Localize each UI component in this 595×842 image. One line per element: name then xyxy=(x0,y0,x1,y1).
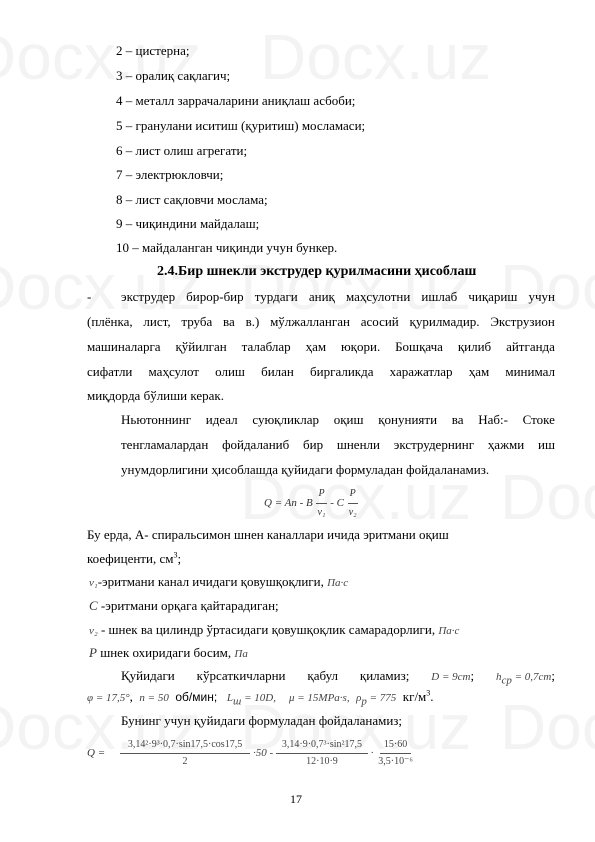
parameters-line: Қуйидаги кўрсаткичларни қабул қиламиз; D… xyxy=(121,668,555,685)
paragraph-line: (плёнка,лист,трубавав.)мўлжалланганасоси… xyxy=(87,314,555,330)
paragraph-line: машиналаргақўйилганталабларҳамюқори.Бошқ… xyxy=(87,339,555,355)
document-page: Docx.uz Docx.uz Docx.uz Docx.uz Docx.uz … xyxy=(0,0,595,842)
paragraph-line: миқдорда бўлиши керак. xyxy=(87,388,224,404)
section-heading: 2.4.Бир шнекли экструдер қурилмасини ҳис… xyxy=(157,264,476,280)
list-item: 7 – электрюкловчи; xyxy=(116,167,223,183)
page-number: 17 xyxy=(290,792,302,807)
watermark: Docx.uz xyxy=(500,690,595,764)
list-item: 6 – лист олиш агрегати; xyxy=(116,143,247,159)
watermark: Docx.uz xyxy=(260,20,491,94)
list-item: 4 – металл заррачаларини аниқлаш асбоби; xyxy=(116,93,355,109)
paragraph-line: Бунинг учун қуйидаги формуладан фойдалан… xyxy=(121,713,402,729)
list-item: 10 – майдаланган чиқинди учун бункер. xyxy=(116,240,337,256)
list-item: 3 – оралиқ сақлагич; xyxy=(116,68,230,84)
definition-item: v₂ - шнек ва цилиндр ўртасидаги қовушқоқ… xyxy=(89,622,459,639)
list-item: 9 – чиқиндини майдалаш; xyxy=(116,216,259,232)
watermark: Docx.uz xyxy=(500,460,595,534)
definition-item: C -эритмани орқага қайтарадиган; xyxy=(89,598,279,614)
watermark: Docx.uz xyxy=(500,250,595,324)
paragraph-line: экструдербирор-биртурдагианиқмаҳсулотнии… xyxy=(121,289,555,305)
formula-1: Q = An - B Pv₁ - C Pv₂ xyxy=(264,486,359,521)
paragraph-dash: - xyxy=(87,289,91,305)
watermark: Docx.uz xyxy=(240,250,471,324)
paragraph-line: Ньютоннингидеалсуюқликлароқишқонуниятива… xyxy=(121,412,555,428)
formula-2: Q = 3,14²·9³·0,7·sin17,5·cos17,52 ·50 - … xyxy=(87,738,415,769)
watermark: Docx.uz xyxy=(0,250,201,324)
definition-intro: коефиценти, см3; xyxy=(87,551,181,567)
paragraph-line: унумдорлигини ҳисоблашда қуйидаги формул… xyxy=(121,462,489,478)
definition-intro: Бу ерда, А- спиральсимон шнен каналлари … xyxy=(87,527,449,543)
parameters-line: φ = 17,5°, n = 50 об/мин; Lш = 10D, μ = … xyxy=(87,689,434,706)
list-item: 5 – гранулани иситиш (қуритиш) мосламаси… xyxy=(116,118,365,134)
definition-item: P шнек охиридаги босим, Па xyxy=(89,645,248,662)
list-item: 2 – цистерна; xyxy=(116,43,189,59)
list-item: 8 – лист сақловчи мослама; xyxy=(116,192,268,208)
paragraph-line: сифатлимаҳсулотолишбиланбиргаликдахаража… xyxy=(87,364,555,380)
definition-item: v₁-эритмани канал ичидаги қовушқоқлиги, … xyxy=(89,574,348,591)
paragraph-line: тенгламаларданфойдаланиббиршненлиэкструд… xyxy=(121,437,555,453)
